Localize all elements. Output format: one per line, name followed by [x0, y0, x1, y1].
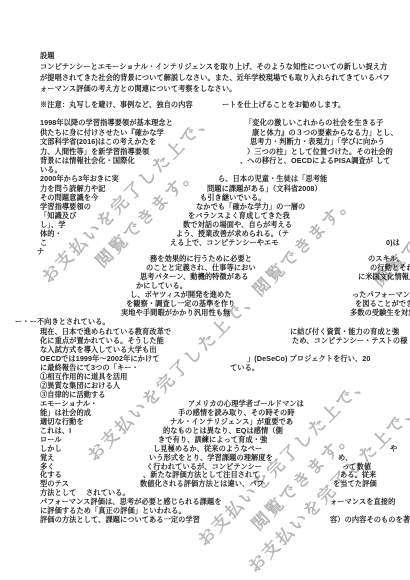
text-fragment: め、	[338, 454, 352, 462]
text-fragment: 適切な行動を	[40, 418, 84, 426]
text-fragment: 0)は	[386, 239, 400, 247]
text-fragment: 思考力・判断力・表現力」「学びに向かう	[250, 138, 385, 146]
text-fragment: のスキル、	[368, 255, 404, 263]
text-fragment: ている。	[230, 364, 259, 372]
text-fragment: 型のテス	[40, 480, 69, 488]
text-fragment: エモーショナル・	[40, 400, 97, 408]
text-fragment: ①相互作用的に道具を活用	[40, 373, 127, 381]
document-page: お支払いを完了した上で、 閲覧できます。お支払いを完了した上で、閲覧できます。お…	[0, 0, 410, 580]
text-fragment: に評価するため「真正の評価」といわれる。	[40, 507, 186, 515]
text-fragment: 設題	[40, 52, 55, 60]
text-fragment: も引き継いでいる。	[200, 194, 266, 202]
text-fragment: 的なものとは異なり、EQは感情（側	[163, 427, 283, 435]
text-fragment: 現在、日本で進められている教育改革で	[40, 328, 171, 336]
text-fragment: 供たちに身に付けさせたい『確かな学	[40, 129, 164, 137]
text-line: ※注意：丸写しを避け、事例など、独自の内容ートを仕上げることをお勧めします。	[0, 101, 410, 110]
text-fragment: 方法として	[40, 489, 76, 497]
text-fragment: ③自律的に活動する	[40, 391, 106, 399]
text-fragment: して	[376, 157, 391, 165]
text-fragment: 体的・	[40, 230, 62, 238]
text-fragment: 康と体力』の３つの要素からなる力」とし、	[252, 129, 398, 137]
text-fragment: 」(DeSeCo) プロジェクトを行い、20	[247, 355, 370, 363]
text-fragment: されている。	[86, 489, 130, 497]
text-fragment: ォーマンス評価の考え方との関連について考察をしなさい。	[40, 85, 236, 93]
text-fragment: 思考パターン、動機的特徴がある	[140, 273, 249, 281]
text-fragment: いう形式をとり、学習課題の理解度を	[149, 454, 273, 462]
text-fragment: し見極めるか、従来のようなペー	[153, 445, 262, 453]
text-fragment: ）三つの柱」として位置づけた。その社会的	[247, 148, 393, 156]
text-line: ォーマンス評価の考え方との関連について考察をしなさい。	[0, 85, 410, 94]
document-text-layer: 設題コンピテンシーとエモーショナル・インテリジェンスを取り上げ、そのような知性に…	[0, 0, 410, 580]
text-fragment: ナル・インテリジェンス」が重要であ	[170, 418, 293, 426]
text-fragment: 評価の方法として、課題についてある一定の学習	[40, 516, 200, 524]
text-fragment: 、新たな評価方法として注目されて	[143, 471, 260, 479]
text-fragment: ートを仕上げることをお勧めします。	[222, 101, 345, 109]
text-fragment: に米国文化情報局	[358, 273, 410, 281]
text-fragment: 務を効果的に行うために必要と	[150, 255, 252, 263]
text-fragment: 力を問う読解力や記	[40, 185, 106, 193]
text-line: 評価の方法として、課題についてある一定の学習容）の内容そのものを著	[0, 516, 410, 525]
text-fragment: の行動とそれ	[370, 264, 410, 272]
text-line: 2000年から3年おきに実ら、日本の児童・生徒は「思考能	[0, 175, 410, 184]
text-fragment: 能」は社会的成	[40, 409, 91, 417]
text-fragment: 手の感情を読み取り、その時その時	[178, 409, 295, 417]
text-fragment: を観察・調査し一定の基準を作り	[126, 300, 235, 308]
text-fragment: 数値化される評価方法とは違い、パフ	[140, 480, 264, 488]
text-fragment: ォーマンスを直接的	[330, 498, 395, 506]
text-fragment: かにしている。	[136, 282, 187, 290]
text-fragment: 実地や手間暇がかかり汎用性も無	[121, 309, 230, 317]
text-fragment: 力、人間性等」を新学習指導要領	[40, 148, 149, 156]
text-line: 1998年以降の学習指導要領が基本理念と「変化の激しいこれからの社会を生きる子	[0, 119, 410, 128]
text-fragment: のことと定義され、仕事等におい	[146, 264, 256, 272]
text-fragment: ロール	[40, 436, 62, 444]
text-fragment: ったパフォーマンスの	[352, 291, 410, 299]
text-fragment: ら、日本の児童・生徒は「思考能	[218, 175, 327, 183]
text-fragment: を図ることができる。し	[355, 300, 410, 308]
text-fragment: 多数の受験生を対象にする	[350, 309, 410, 317]
text-fragment: なかでも「確かな学力」の一層の	[196, 203, 305, 211]
text-line: こえる上で、コンピテンシーやエモ0)は	[0, 239, 410, 248]
text-fragment: な入試方式を導入している大学も出	[40, 346, 157, 354]
text-fragment: OECDでは1999年～2002年にかけて	[40, 355, 160, 363]
text-fragment: アメリカの心理学者ゴールドマンは	[188, 400, 304, 408]
text-line: 思考パターン、動機的特徴があるに米国文化情報局	[0, 273, 410, 282]
text-fragment: や	[390, 445, 397, 453]
text-fragment: をバランスよく育成してきた我	[188, 212, 290, 220]
text-line: が提唱されてきた社会的背景について解説しなさい。また、近年学校現場でも取り入れら…	[0, 74, 410, 83]
text-fragment: し、ボヤツィスが開発を進めた	[130, 291, 232, 299]
text-line: ー・ー不向きとされている。	[0, 318, 410, 327]
text-fragment: ※注意：丸写しを避け、事例など、独自の内容	[40, 101, 193, 109]
text-fragment: 化する	[40, 471, 62, 479]
text-fragment: 覚え	[40, 454, 55, 462]
text-fragment: 2000年から3年おきに実	[40, 175, 119, 183]
text-fragment: 化に重点が置かれている。そうした能	[40, 337, 164, 345]
text-fragment: いる。	[40, 166, 62, 174]
text-fragment: よう、授業改善が求められる。（テ	[176, 230, 289, 238]
text-fragment: 文部科学省(2016)はこの考えかたを	[40, 138, 156, 146]
text-fragment: 数で対話の場面や、自らが考える	[183, 221, 292, 229]
text-fragment: に結び付く資質・能力の育成と強	[290, 328, 399, 336]
text-fragment: 1998年以降の学習指導要領が基本理念と	[40, 119, 173, 127]
text-fragment: その問題意識を今	[40, 194, 98, 202]
text-fragment: 「知識及び	[40, 212, 76, 220]
text-fragment: 「変化の激しいこれからの社会を生きる子	[245, 119, 383, 127]
text-fragment: しかし	[40, 445, 62, 453]
text-fragment: パフォーマンス評価は、思考が必要と感じられる課題を	[40, 498, 222, 506]
text-fragment: きで有り、訓練によって育成・強	[158, 436, 267, 444]
text-line: 文部科学省(2016)はこの考えかたを思考力・判断力・表現力」「学びに向かう	[0, 138, 410, 147]
text-fragment: これは、I	[40, 427, 71, 435]
text-fragment: 背景には情報社会化・国際化	[40, 157, 135, 165]
text-fragment: が提唱されてきた社会的背景について解説しなさい。また、近年学校現場でも取り入れら…	[40, 74, 390, 82]
text-fragment: 学習指導要領の	[40, 203, 91, 211]
text-fragment: ②異質な集団における人	[40, 382, 120, 390]
page-title: 設題	[0, 52, 410, 61]
text-fragment: を当てた評価	[333, 480, 377, 488]
text-fragment: ため、コンピテンシー・テストの様	[292, 337, 408, 345]
text-fragment: える上で、コンピテンシーやエモ	[170, 239, 279, 247]
text-fragment: ー・ー不向きとされている。	[15, 318, 110, 326]
text-fragment: 問題に課題がある」（文科省2008）	[207, 185, 322, 193]
text-fragment: 容）の内容そのものを著	[330, 516, 410, 524]
text-fragment: コンピテンシーとエモーショナル・インテリジェンスを取り上げ、そのような知性につい…	[40, 63, 388, 71]
text-fragment: ある。従来	[340, 471, 376, 479]
text-line: コンピテンシーとエモーショナル・インテリジェンスを取り上げ、そのような知性につい…	[0, 63, 410, 72]
text-fragment: に最終報告にて3つの「キー・	[40, 364, 139, 372]
text-fragment: し」、学	[40, 221, 66, 229]
text-fragment: こ	[40, 239, 47, 247]
text-fragment: 、への移行と、OECDによるPISA調査が	[240, 157, 373, 165]
